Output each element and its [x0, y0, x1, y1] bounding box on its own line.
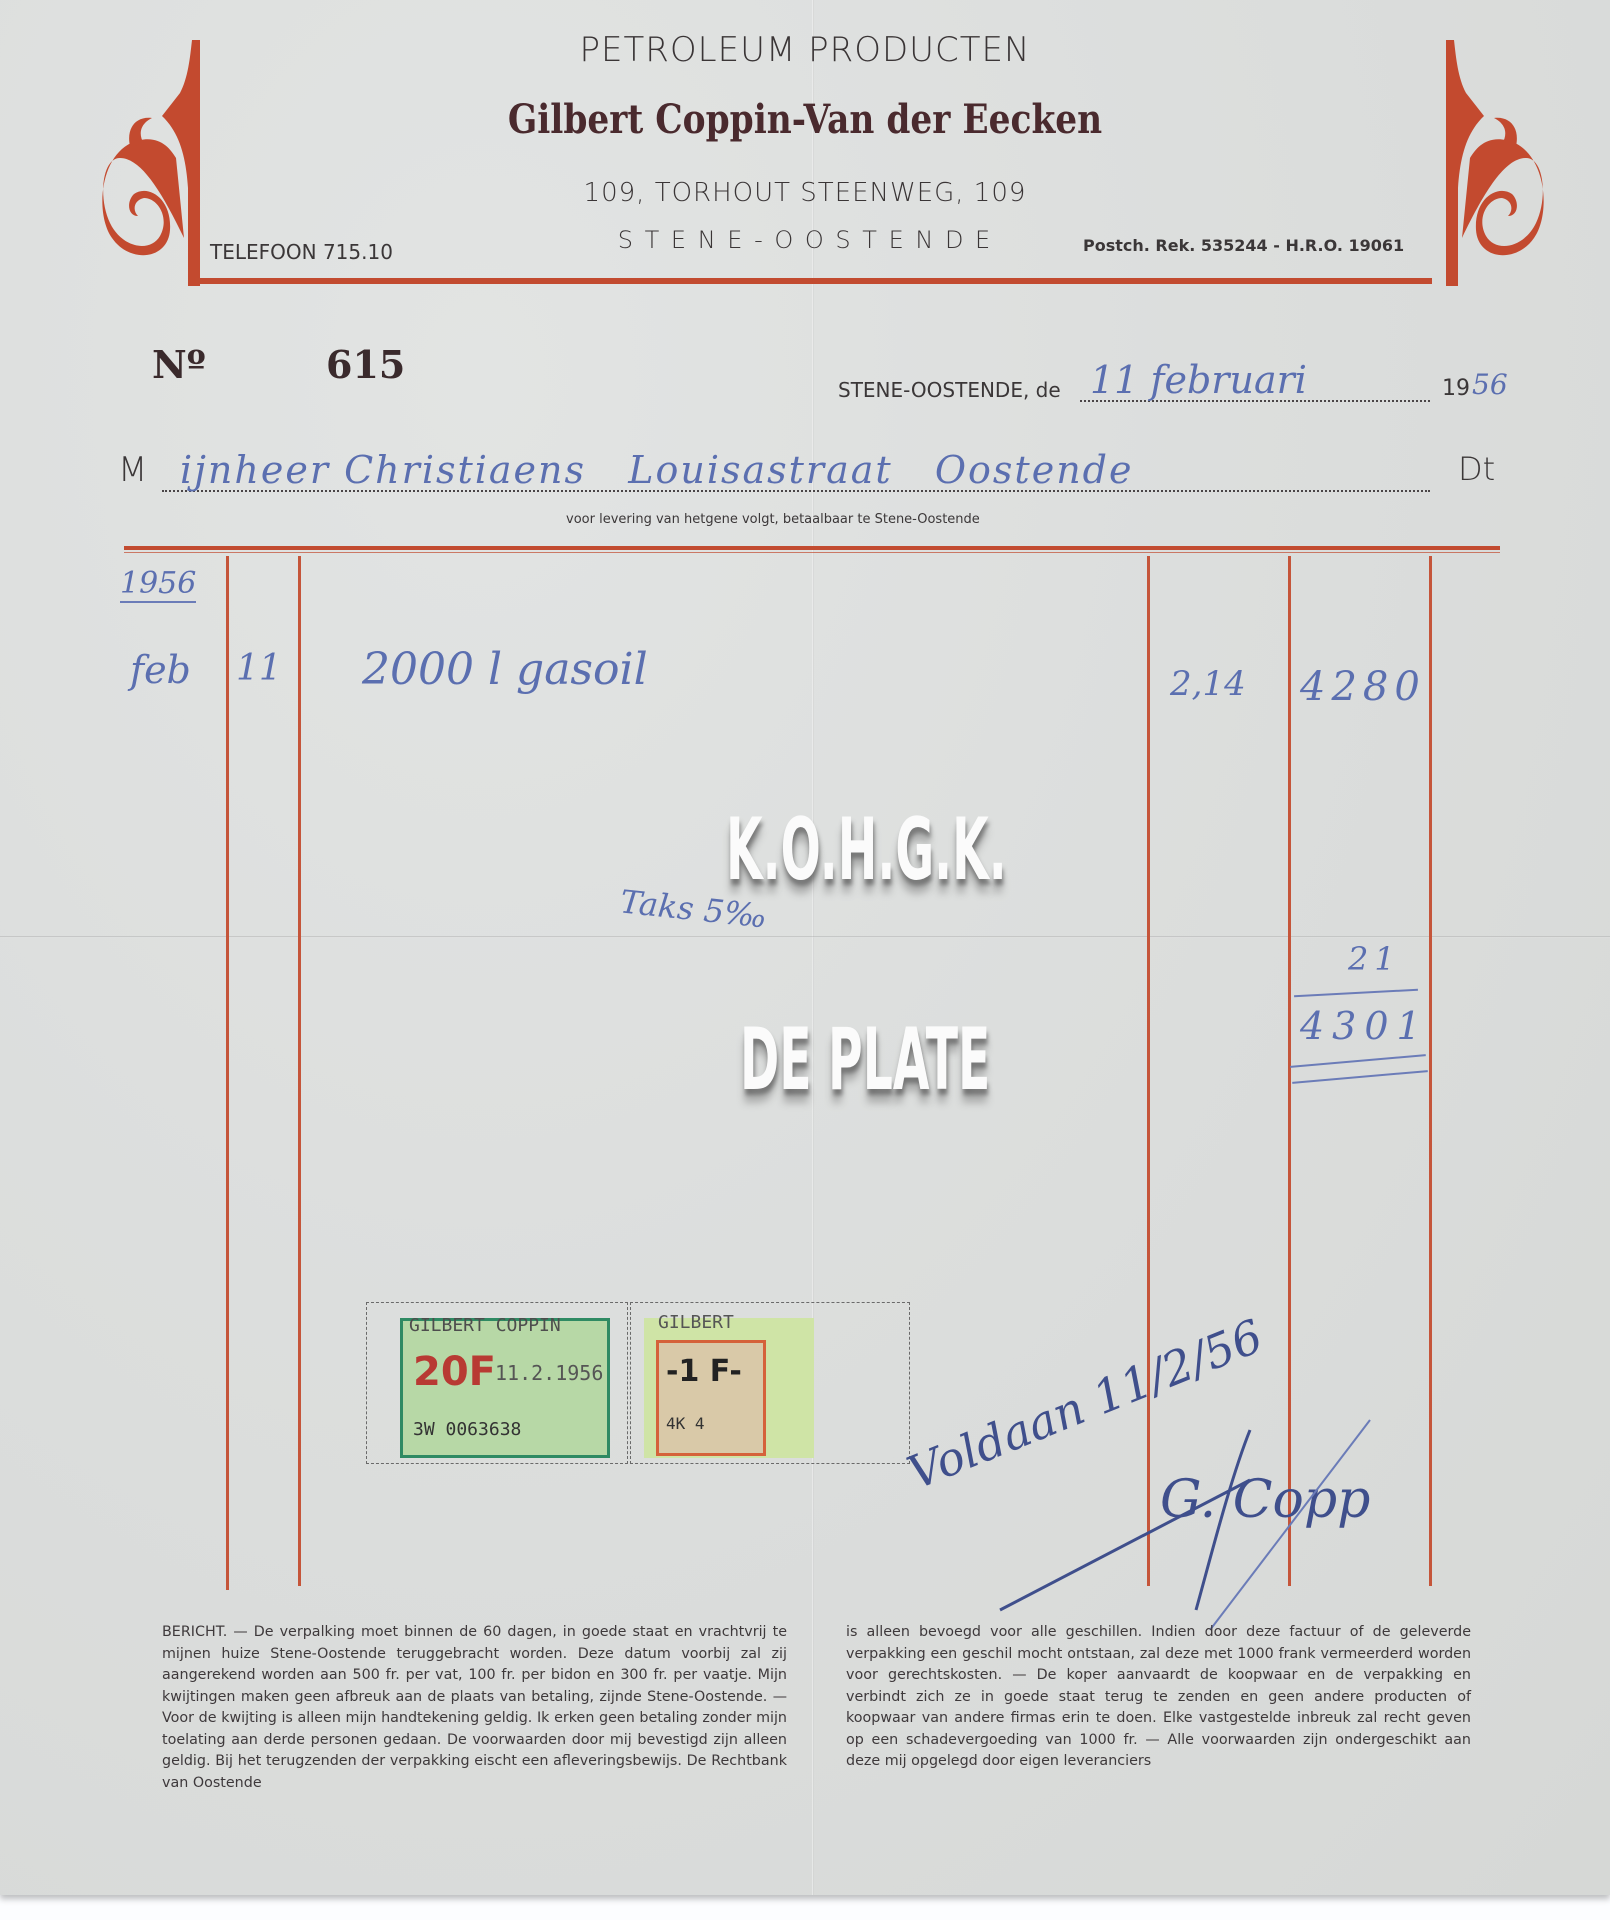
year-suffix: 56	[1472, 368, 1508, 401]
stamp-value: 20F	[413, 1349, 496, 1395]
year-prefix: 19	[1442, 376, 1470, 401]
date-handwritten: 11 februari	[1090, 358, 1307, 402]
debit-label: Dt	[1458, 450, 1495, 488]
terms-right-column: is alleen bevoegd voor alle geschillen. …	[846, 1622, 1471, 1773]
stamp-serial: 3W 0063638	[413, 1419, 521, 1440]
company-name: Gilbert Coppin-Van der Eecken	[113, 96, 1498, 143]
fold-crease-horizontal	[0, 936, 1610, 938]
letterhead-tagline: PETROLEUM PRODUCTEN	[0, 30, 1610, 70]
watermark-kohgk: K.O.H.G.K.	[726, 800, 1007, 900]
company-account: Postch. Rek. 535244 - H.R.O. 19061	[1083, 236, 1404, 255]
subtotal-underline	[1294, 989, 1418, 997]
company-phone: TELEFOON 715.10	[210, 240, 393, 264]
table-top-rule-thin	[124, 552, 1500, 553]
stamp-overprint: GILBERT COPPIN	[409, 1315, 561, 1336]
stamp-overprint: GILBERT	[658, 1312, 734, 1333]
ledger-day: 11	[236, 648, 282, 689]
date-place-label: STENE-OOSTENDE, de	[838, 378, 1061, 402]
stamp-date: 11.2.1956	[495, 1361, 603, 1385]
invoice-paper: PETROLEUM PRODUCTEN Gilbert Coppin-Van d…	[0, 0, 1610, 1895]
total-double-underline-1	[1290, 1054, 1426, 1068]
invoice-number-label: Nº	[152, 342, 206, 387]
watermark-de-plate: DE PLATE	[740, 1010, 990, 1110]
total-double-underline-2	[1292, 1070, 1428, 1084]
revenue-stamp-1f: -1 F- 4K 4 GILBERT	[644, 1318, 814, 1458]
column-divider-date	[226, 556, 229, 1590]
ledger-month: feb	[130, 648, 191, 692]
tax-amount: 21	[1348, 940, 1401, 978]
ledger-year: 1956	[120, 566, 196, 603]
stamp-value: -1 F-	[666, 1354, 742, 1389]
column-divider-day	[298, 556, 301, 1586]
column-divider-right	[1429, 556, 1432, 1586]
revenue-stamp-20f: GILBERT COPPIN 20F 11.2.1956 3W 0063638	[400, 1318, 610, 1458]
company-address: 109, TORHOUT STEENWEG, 109	[0, 178, 1610, 208]
letterhead-rule	[196, 278, 1432, 284]
invoice-number: 615	[326, 342, 405, 387]
terms-left-column: BERICHT. — De verpalking moet binnen de …	[162, 1622, 787, 1794]
ledger-unit-price: 2,14	[1170, 664, 1246, 704]
stamp-serial: 4K 4	[666, 1414, 705, 1433]
fold-crease-vertical	[812, 0, 814, 1895]
ledger-total: 4301	[1300, 1004, 1429, 1048]
delivery-note: voor levering van hetgene volgt, betaalb…	[566, 512, 980, 527]
addressee-handwritten: ijnheer Christiaens Louisastraat Oostend…	[180, 448, 1133, 492]
ledger-description: 2000 l gasoil	[362, 644, 648, 695]
ledger-amount: 4280	[1300, 664, 1426, 710]
table-top-rule	[124, 546, 1500, 550]
signature-flourish-icon	[990, 1400, 1390, 1630]
addressee-prefix: M	[118, 450, 147, 490]
